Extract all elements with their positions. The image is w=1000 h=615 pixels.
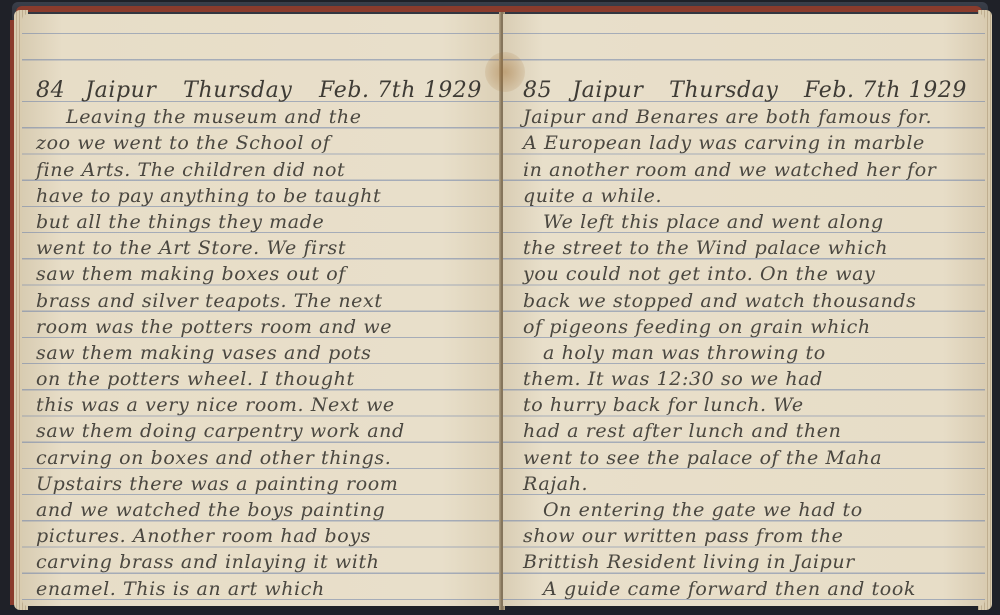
left-page: 84 Jaipur Thursday Feb. 7th 1929 Leaving… [22, 14, 500, 606]
text-line: saw them making boxes out of [22, 261, 500, 287]
text-line: on the potters wheel. I thought [22, 366, 500, 392]
day: Thursday [183, 78, 292, 104]
text-line: the street to the Wind palace which [503, 235, 985, 261]
text-line: brass and silver teapots. The next [22, 288, 500, 314]
text-line: pictures. Another room had boys [22, 523, 500, 549]
text-line: back we stopped and watch thousands [503, 288, 985, 314]
text-line: Brittish Resident living in Jaipur [503, 549, 985, 575]
page-number: 84 [36, 78, 65, 104]
text-line: fine Arts. The children did not [22, 157, 500, 183]
water-stain [485, 52, 525, 92]
date: Feb. 7th 1929 [804, 78, 967, 104]
text-line: saw them doing carpentry work and [22, 418, 500, 444]
place: Jaipur [85, 78, 156, 104]
text-line: carving brass and inlaying it with [22, 549, 500, 575]
text-line: saw them making vases and pots [22, 340, 500, 366]
page-header: 85 Jaipur Thursday Feb. 7th 1929 [503, 78, 985, 104]
text-line: had a rest after lunch and then [503, 418, 985, 444]
text-line: Upstairs there was a painting room [22, 471, 500, 497]
text-line: quite a while. [503, 183, 985, 209]
text-line: enamel. This is an art which [22, 576, 500, 602]
text-line: this was a very nice room. Next we [22, 392, 500, 418]
right-page: 85 Jaipur Thursday Feb. 7th 1929 Jaipur … [503, 14, 985, 606]
text-line: We left this place and went along [503, 209, 985, 235]
place: Jaipur [572, 78, 643, 104]
text-line: but all the things they made [22, 209, 500, 235]
text-line: in another room and we watched her for [503, 157, 985, 183]
text-line: to hurry back for lunch. We [503, 392, 985, 418]
text-line: zoo we went to the School of [22, 130, 500, 156]
text-line: have to pay anything to be taught [22, 183, 500, 209]
date: Feb. 7th 1929 [319, 78, 482, 104]
text-line: and we watched the boys painting [22, 497, 500, 523]
text-line: went to see the palace of the Maha [503, 445, 985, 471]
text-line: A guide came forward then and took [503, 576, 985, 602]
day: Thursday [669, 78, 778, 104]
text-line: Jaipur and Benares are both famous for. [503, 104, 985, 130]
text-line: carving on boxes and other things. [22, 445, 500, 471]
page-header: 84 Jaipur Thursday Feb. 7th 1929 [22, 78, 500, 104]
text-line: Leaving the museum and the [22, 104, 500, 130]
right-page-lines: 85 Jaipur Thursday Feb. 7th 1929 Jaipur … [503, 78, 985, 602]
text-line: show our written pass from the [503, 523, 985, 549]
text-line: Rajah. [503, 471, 985, 497]
text-line: A European lady was carving in marble [503, 130, 985, 156]
text-line: went to the Art Store. We first [22, 235, 500, 261]
text-line: On entering the gate we had to [503, 497, 985, 523]
text-line: you could not get into. On the way [503, 261, 985, 287]
text-line: room was the potters room and we [22, 314, 500, 340]
page-number: 85 [523, 78, 552, 104]
left-page-lines: 84 Jaipur Thursday Feb. 7th 1929 Leaving… [22, 78, 500, 602]
text-line: a holy man was throwing to [503, 340, 985, 366]
text-line: of pigeons feeding on grain which [503, 314, 985, 340]
text-line: them. It was 12:30 so we had [503, 366, 985, 392]
